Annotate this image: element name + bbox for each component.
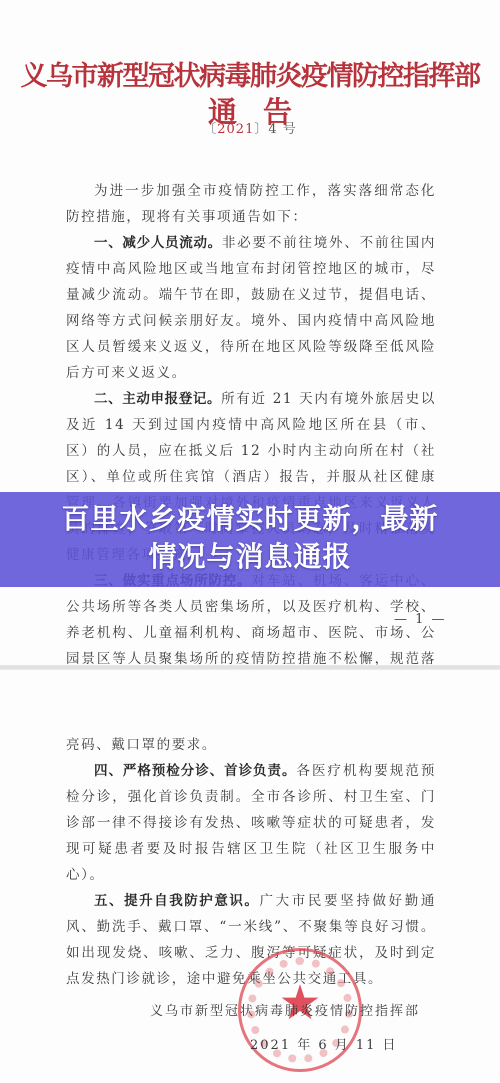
doc-number: 〔2021〕4 号 bbox=[0, 118, 500, 137]
page2-body: 亮码、戴口罩的要求。 四、严格预检分诊、首诊负责。各医疗机构要规范预检分诊，强化… bbox=[66, 732, 436, 992]
org-title: 义乌市新型冠状病毒肺炎疫情防控指挥部 bbox=[0, 54, 500, 93]
headline-text: 百里水乡疫情实时更新，最新 情况与消息通报 bbox=[0, 500, 500, 576]
signature-org: 义乌市新型冠状病毒肺炎疫情防控指挥部 bbox=[150, 1000, 420, 1019]
doc-number-year: 2021 bbox=[217, 122, 254, 137]
headline-line-1: 百里水乡疫情实时更新，最新 bbox=[0, 500, 500, 538]
section-heading: 五、提升自我防护意识。 bbox=[94, 893, 259, 909]
page-number: — 1 — bbox=[394, 612, 447, 627]
page1-body: 为进一步加强全市疫情防控工作，落实落细常态化防控措施，现将有关事项通告如下： 一… bbox=[66, 178, 436, 698]
section-paragraph: 一、减少人员流动。非必要不前往境外、不前往国内疫情中高风险地区或当地宣布封闭管控… bbox=[66, 230, 436, 386]
section-heading: 四、严格预检分诊、首诊负责。 bbox=[94, 763, 296, 779]
section-text: 非必要不前往境外、不前往国内疫情中高风险地区或当地宣布封闭管控地区的城市，尽量减… bbox=[66, 235, 436, 381]
doc-number-suffix: 〕4 号 bbox=[254, 122, 296, 137]
section-text: 各医疗机构要规范预检分诊，强化首诊负责制。全市各诊所、村卫生室、门诊部一律不得接… bbox=[66, 763, 436, 883]
section-heading: 一、减少人员流动。 bbox=[94, 235, 222, 251]
doc-number-prefix: 〔 bbox=[203, 122, 217, 137]
document-page-2: 亮码、戴口罩的要求。 四、严格预检分诊、首诊负责。各医疗机构要规范预检分诊，强化… bbox=[0, 670, 500, 1083]
section-heading: 二、主动申报登记。 bbox=[94, 391, 221, 407]
signature-date: 2021 年 6 月 11 日 bbox=[250, 1034, 398, 1053]
section-paragraph: 四、严格预检分诊、首诊负责。各医疗机构要规范预检分诊，强化首诊负责制。全市各诊所… bbox=[66, 758, 436, 888]
continuation-paragraph: 亮码、戴口罩的要求。 bbox=[66, 732, 436, 758]
intro-paragraph: 为进一步加强全市疫情防控工作，落实落细常态化防控措施，现将有关事项通告如下： bbox=[66, 178, 436, 230]
headline-line-2: 情况与消息通报 bbox=[0, 538, 500, 576]
